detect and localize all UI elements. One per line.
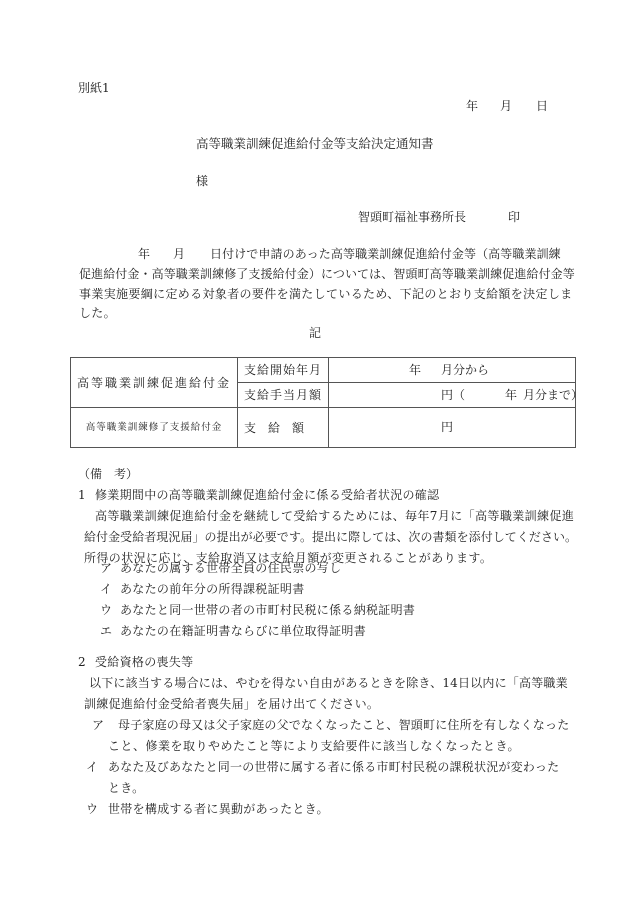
section-number: 1: [78, 489, 86, 501]
date-month: 月: [500, 100, 512, 112]
section-title: 修業期間中の高等職業訓練促進給付金に係る受給者状況の確認: [95, 489, 439, 501]
intro-line-1: 促進給付金・高等職業訓練修了支援給付金）については、智頭町高等職業訓練促進給付金…: [79, 268, 575, 280]
section-title: 受給資格の喪失等: [95, 656, 193, 668]
date-year: 年: [466, 100, 478, 112]
intro-line-3: した。: [79, 307, 116, 319]
intro-month: 月: [173, 248, 185, 260]
seal-mark: 印: [508, 211, 520, 223]
category-training-promotion: 高等職業訓練促進給付金: [71, 358, 238, 408]
category-completion-support: 高等職業訓練修了支援給付金: [71, 408, 238, 448]
section-paragraph-line: 高等職業訓練促進給付金を継続して受給するためには、毎年7月に「高等職業訓練促進: [95, 510, 574, 522]
section-paragraph-line: 以下に該当する場合には、やむを得ない自由があるときを除き、14日以内に「高等職業: [89, 677, 568, 689]
value-start-month[interactable]: 年 月分から: [329, 358, 576, 383]
label-start-month: 支給開始年月: [238, 358, 329, 383]
intro-year: 年: [138, 248, 150, 260]
section-paragraph-line: 訓練促進給付金受給者喪失届」を届け出てください。: [84, 698, 379, 710]
value-monthly-amount[interactable]: 円（ 年 月分まで）: [329, 383, 576, 408]
ki-marker: 記: [309, 327, 321, 339]
section-number: 2: [78, 656, 86, 668]
date-day: 日: [536, 100, 548, 112]
label-payment-amount: 支 給 額: [238, 408, 329, 448]
intro-line-2: 事業実施要綱に定める対象者の要件を満たしているため、下記のとおり支給額を決定しま: [79, 288, 573, 300]
section-paragraph-line: 給付金受給者現況届」の提出が必要です。提出に際しては、次の書類を添付してください…: [84, 531, 577, 543]
document-title: 高等職業訓練促進給付金等支給決定通知書: [196, 138, 434, 151]
recipient-suffix: 様: [196, 175, 208, 187]
value-payment-amount[interactable]: 円: [329, 408, 576, 448]
benefit-table: 高等職業訓練促進給付金 支給開始年月 年 月分から 支給手当月額 円（ 年 月分…: [70, 357, 576, 448]
label-monthly-amount: 支給手当月額: [238, 383, 329, 408]
issuer-name: 智頭町福祉事務所長: [358, 211, 466, 223]
remarks-heading: （備 考）: [78, 468, 138, 480]
attachment-label: 別紙1: [78, 82, 110, 94]
intro-line-0: 日付けで申請のあった高等職業訓練促進給付金等（高等職業訓練: [210, 248, 561, 260]
